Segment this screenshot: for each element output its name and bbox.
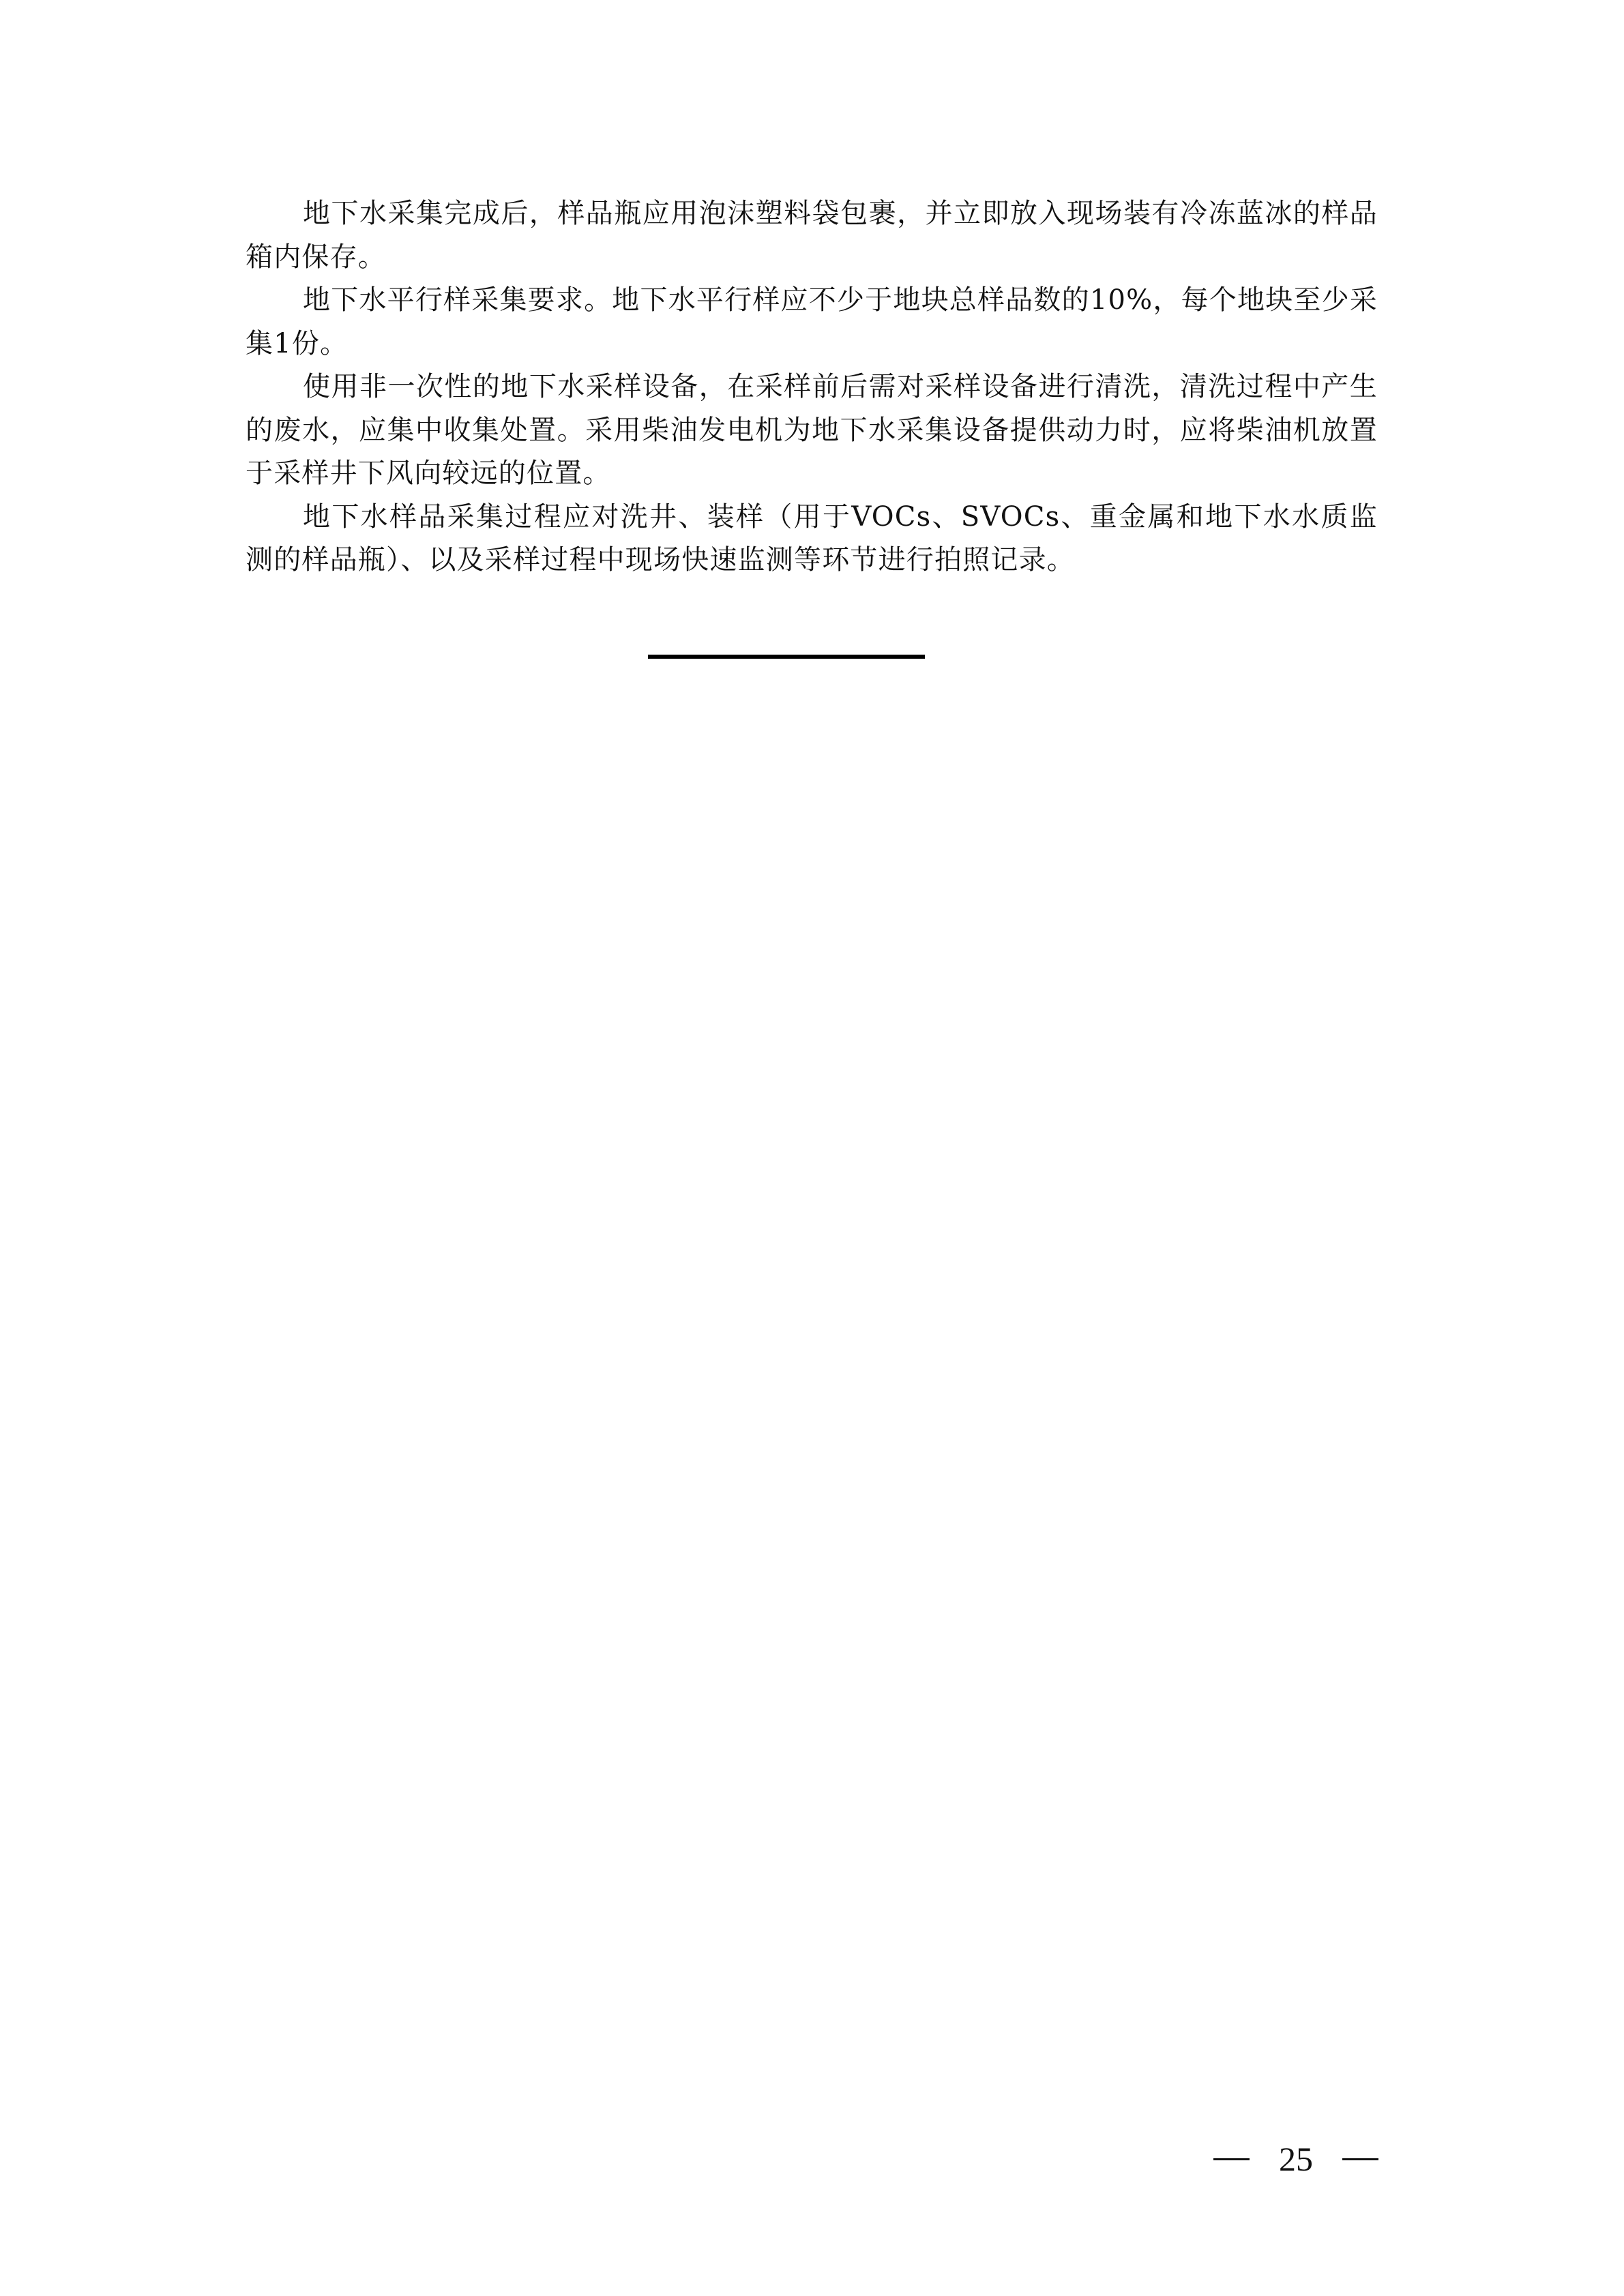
page-number: 25	[1279, 2139, 1313, 2179]
paragraph-equipment-cleaning: 使用非一次性的地下水采样设备，在采样前后需对采样设备进行清洗，清洗过程中产生的废…	[246, 366, 1378, 496]
page-number-right-dash	[1342, 2158, 1378, 2160]
section-end-divider	[648, 655, 925, 659]
page-number-footer: 25	[1213, 2140, 1378, 2178]
paragraph-parallel-sampling: 地下水平行样采集要求。地下水平行样应不少于地块总样品数的10%，每个地块至少采集…	[246, 279, 1378, 366]
document-body: 地下水采集完成后，样品瓶应用泡沫塑料袋包裹，并立即放入现场装有冷冻蓝冰的样品箱内…	[246, 192, 1378, 582]
page-number-left-dash	[1213, 2158, 1250, 2160]
paragraph-sample-storage: 地下水采集完成后，样品瓶应用泡沫塑料袋包裹，并立即放入现场装有冷冻蓝冰的样品箱内…	[246, 192, 1378, 279]
paragraph-photo-record: 地下水样品采集过程应对洗井、装样（用于VOCs、SVOCs、重金属和地下水水质监…	[246, 496, 1378, 582]
